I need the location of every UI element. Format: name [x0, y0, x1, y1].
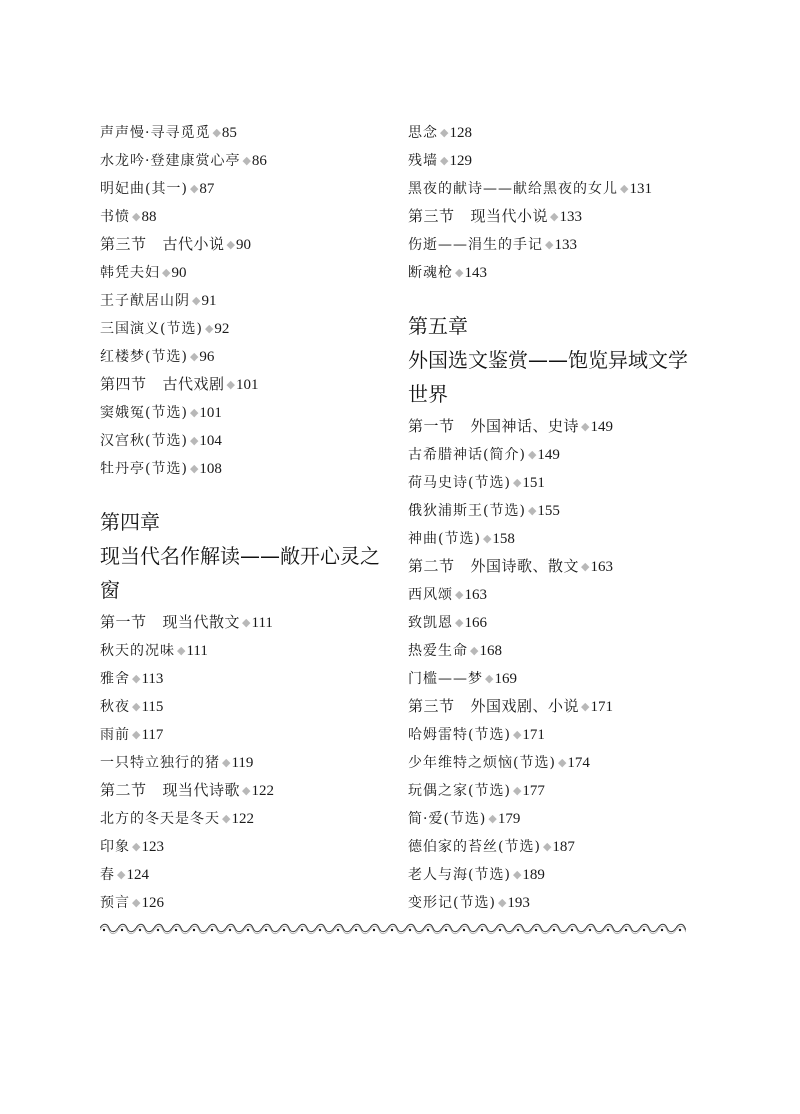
page-number: 108: [199, 461, 222, 477]
section-number: 第二节: [408, 559, 455, 575]
entry-title: 外国诗歌、散文: [471, 559, 580, 575]
page-number: 90: [171, 265, 186, 281]
page-number: 104: [199, 433, 222, 449]
toc-entry: 窦娥冤(节选)◆101: [100, 399, 390, 427]
chapter-label: 第四章: [100, 505, 390, 539]
entry-title: 荷马史诗(节选): [408, 475, 511, 491]
diamond-separator-icon: ◆: [550, 211, 558, 223]
toc-entry: 黑夜的献诗——献给黑夜的女儿◆131: [408, 175, 708, 203]
page-number: 187: [552, 839, 575, 855]
page-number: 169: [494, 671, 517, 687]
toc-right-column: 思念◆128残墙◆129黑夜的献诗——献给黑夜的女儿◆131第三节现当代小说◆1…: [408, 119, 708, 917]
entry-title: 德伯家的苔丝(节选): [408, 839, 541, 855]
entry-title: 外国戏剧、小说: [471, 699, 580, 715]
diamond-separator-icon: ◆: [558, 756, 566, 769]
toc-entry: 一只特立独行的猪◆119: [100, 749, 390, 777]
entry-title: 一只特立独行的猪: [100, 755, 220, 771]
chapter-title: 外国选文鉴赏——饱览异域文学世界: [408, 343, 698, 411]
page-number: 171: [591, 699, 614, 715]
page-number: 129: [449, 153, 472, 169]
toc-entry: 少年维特之烦恼(节选)◆174: [408, 749, 708, 777]
entry-title: 水龙吟·登建康赏心亭: [100, 153, 240, 169]
diamond-separator-icon: ◆: [177, 644, 185, 657]
toc-entry: 伤逝——涓生的手记◆133: [408, 231, 708, 259]
entry-title: 雨前: [100, 727, 130, 743]
section-number: 第一节: [100, 615, 147, 631]
chapter-title: 现当代名作解读——敞开心灵之窗: [100, 539, 390, 607]
toc-entry: 北方的冬天是冬天◆122: [100, 805, 390, 833]
page-number: 133: [560, 209, 583, 225]
toc-entry: 预言◆126: [100, 889, 390, 917]
entry-title: 三国演义(节选): [100, 321, 203, 337]
chapter-label: 第五章: [408, 309, 708, 343]
toc-group-before-chapter-4: 声声慢·寻寻觅觅◆85水龙吟·登建康赏心亭◆86明妃曲(其一)◆87书愤◆88第…: [100, 119, 390, 483]
toc-section-entry: 第四节古代戏剧◆101: [100, 371, 390, 399]
page-number: 91: [201, 293, 216, 309]
entry-title: 声声慢·寻寻觅觅: [100, 125, 210, 141]
entry-title: 秋天的况味: [100, 643, 175, 659]
diamond-separator-icon: ◆: [132, 700, 140, 713]
toc-section-entry: 第一节外国神话、史诗◆149: [408, 413, 708, 441]
diamond-separator-icon: ◆: [513, 476, 521, 489]
entry-title: 北方的冬天是冬天: [100, 811, 220, 827]
entry-title: 韩凭夫妇: [100, 265, 160, 281]
diamond-separator-icon: ◆: [242, 617, 250, 629]
toc-entry: 门槛——梦◆169: [408, 665, 708, 693]
entry-title: 西风颂: [408, 587, 453, 603]
toc-entry: 雅舍◆113: [100, 665, 390, 693]
entry-title: 红楼梦(节选): [100, 349, 188, 365]
toc-entry: 变形记(节选)◆193: [408, 889, 708, 917]
chapter-5-heading: 第五章 外国选文鉴赏——饱览异域文学世界: [408, 309, 708, 411]
page-number: 113: [141, 671, 163, 687]
page-number: 90: [236, 237, 251, 253]
page-number: 124: [126, 867, 149, 883]
page-number: 163: [591, 559, 614, 575]
page-number: 92: [214, 321, 229, 337]
diamond-separator-icon: ◆: [528, 504, 536, 517]
diamond-separator-icon: ◆: [132, 896, 140, 909]
diamond-separator-icon: ◆: [190, 350, 198, 363]
toc-entry: 书愤◆88: [100, 203, 390, 231]
diamond-separator-icon: ◆: [620, 182, 628, 195]
toc-entry: 简·爱(节选)◆179: [408, 805, 708, 833]
toc-entry: 神曲(节选)◆158: [408, 525, 708, 553]
diamond-separator-icon: ◆: [470, 644, 478, 657]
diamond-separator-icon: ◆: [227, 239, 235, 251]
diamond-separator-icon: ◆: [222, 756, 230, 769]
diamond-separator-icon: ◆: [162, 266, 170, 279]
entry-title: 春: [100, 867, 115, 883]
entry-title: 古代小说: [163, 237, 225, 253]
toc-entry: 红楼梦(节选)◆96: [100, 343, 390, 371]
toc-left-column: 声声慢·寻寻觅觅◆85水龙吟·登建康赏心亭◆86明妃曲(其一)◆87书愤◆88第…: [100, 119, 390, 917]
page-number: 101: [199, 405, 222, 421]
section-number: 第一节: [408, 419, 455, 435]
diamond-separator-icon: ◆: [227, 379, 235, 391]
page-number: 177: [522, 783, 545, 799]
diamond-separator-icon: ◆: [455, 588, 463, 601]
entry-title: 神曲(节选): [408, 531, 481, 547]
entry-title: 思念: [408, 125, 438, 141]
page-number: 151: [522, 475, 545, 491]
entry-title: 外国神话、史诗: [471, 419, 580, 435]
section-number: 第三节: [408, 699, 455, 715]
section-number: 第三节: [408, 209, 455, 225]
page-number: 86: [252, 153, 267, 169]
diamond-separator-icon: ◆: [242, 785, 250, 797]
page-number: 88: [141, 209, 156, 225]
entry-title: 门槛——梦: [408, 671, 483, 687]
toc-entry: 牡丹亭(节选)◆108: [100, 455, 390, 483]
toc-group-before-chapter-5: 思念◆128残墙◆129黑夜的献诗——献给黑夜的女儿◆131第三节现当代小说◆1…: [408, 119, 708, 287]
entry-title: 雅舍: [100, 671, 130, 687]
toc-section-entry: 第三节外国戏剧、小说◆171: [408, 693, 708, 721]
page-number: 96: [199, 349, 214, 365]
toc-entry: 水龙吟·登建康赏心亭◆86: [100, 147, 390, 175]
toc-entry: 春◆124: [100, 861, 390, 889]
toc-entry: 声声慢·寻寻觅觅◆85: [100, 119, 390, 147]
diamond-separator-icon: ◆: [485, 672, 493, 685]
entry-title: 牡丹亭(节选): [100, 461, 188, 477]
diamond-separator-icon: ◆: [190, 182, 198, 195]
toc-section-entry: 第三节现当代小说◆133: [408, 203, 708, 231]
page-number: 155: [537, 503, 560, 519]
diamond-separator-icon: ◆: [483, 532, 491, 545]
entry-title: 印象: [100, 839, 130, 855]
page-number: 87: [199, 181, 214, 197]
page-number: 149: [591, 419, 614, 435]
toc-entry: 汉宫秋(节选)◆104: [100, 427, 390, 455]
decorative-wave-rule: [100, 921, 686, 935]
toc-entry: 西风颂◆163: [408, 581, 708, 609]
diamond-separator-icon: ◆: [545, 238, 553, 251]
diamond-separator-icon: ◆: [242, 154, 250, 167]
entry-title: 古希腊神话(简介): [408, 447, 526, 463]
entry-title: 致凯恩: [408, 615, 453, 631]
toc-section-entry: 第二节现当代诗歌◆122: [100, 777, 390, 805]
entry-title: 现当代散文: [163, 615, 241, 631]
page-number: 171: [522, 727, 545, 743]
diamond-separator-icon: ◆: [581, 561, 589, 573]
diamond-separator-icon: ◆: [132, 672, 140, 685]
entry-title: 热爱生命: [408, 643, 468, 659]
diamond-separator-icon: ◆: [192, 294, 200, 307]
toc-entry: 致凯恩◆166: [408, 609, 708, 637]
page-number: 149: [537, 447, 560, 463]
diamond-separator-icon: ◆: [513, 784, 521, 797]
diamond-separator-icon: ◆: [440, 126, 448, 139]
entry-title: 哈姆雷特(节选): [408, 727, 511, 743]
page-number: 131: [629, 181, 652, 197]
toc-entry: 哈姆雷特(节选)◆171: [408, 721, 708, 749]
page-number: 166: [464, 615, 487, 631]
diamond-separator-icon: ◆: [440, 154, 448, 167]
section-number: 第四节: [100, 377, 147, 393]
diamond-separator-icon: ◆: [513, 868, 521, 881]
diamond-separator-icon: ◆: [132, 210, 140, 223]
diamond-separator-icon: ◆: [488, 812, 496, 825]
toc-entry: 韩凭夫妇◆90: [100, 259, 390, 287]
toc-entry: 思念◆128: [408, 119, 708, 147]
entry-title: 变形记(节选): [408, 895, 496, 911]
entry-title: 少年维特之烦恼(节选): [408, 755, 556, 771]
entry-title: 简·爱(节选): [408, 811, 486, 827]
page-number: 163: [464, 587, 487, 603]
entry-title: 预言: [100, 895, 130, 911]
toc-section-entry: 第一节现当代散文◆111: [100, 609, 390, 637]
page-number: 122: [231, 811, 254, 827]
diamond-separator-icon: ◆: [581, 701, 589, 713]
entry-title: 老人与海(节选): [408, 867, 511, 883]
toc-entry: 老人与海(节选)◆189: [408, 861, 708, 889]
toc-section-entry: 第三节古代小说◆90: [100, 231, 390, 259]
diamond-separator-icon: ◆: [190, 406, 198, 419]
diamond-separator-icon: ◆: [117, 868, 125, 881]
entry-title: 俄狄浦斯王(节选): [408, 503, 526, 519]
page-number: 179: [498, 811, 521, 827]
toc-entry: 秋天的况味◆111: [100, 637, 390, 665]
page-number: 128: [449, 125, 472, 141]
page-number: 168: [479, 643, 502, 659]
entry-title: 秋夜: [100, 699, 130, 715]
page-number: 143: [464, 265, 487, 281]
toc-entry: 秋夜◆115: [100, 693, 390, 721]
entry-title: 王子猷居山阴: [100, 293, 190, 309]
toc-entry: 王子猷居山阴◆91: [100, 287, 390, 315]
toc-entry: 雨前◆117: [100, 721, 390, 749]
page-number: 101: [236, 377, 259, 393]
page-number: 115: [141, 699, 163, 715]
page-number: 122: [252, 783, 275, 799]
page-number: 123: [141, 839, 164, 855]
entry-title: 断魂枪: [408, 265, 453, 281]
page-number: 117: [141, 727, 163, 743]
page-number: 133: [554, 237, 577, 253]
diamond-separator-icon: ◆: [455, 266, 463, 279]
toc-entry: 古希腊神话(简介)◆149: [408, 441, 708, 469]
diamond-separator-icon: ◆: [498, 896, 506, 909]
section-number: 第二节: [100, 783, 147, 799]
page-number: 111: [186, 643, 207, 659]
toc-entry: 残墙◆129: [408, 147, 708, 175]
toc-entry: 明妃曲(其一)◆87: [100, 175, 390, 203]
entry-title: 窦娥冤(节选): [100, 405, 188, 421]
diamond-separator-icon: ◆: [513, 728, 521, 741]
toc-entry: 断魂枪◆143: [408, 259, 708, 287]
entry-title: 伤逝——涓生的手记: [408, 237, 543, 253]
page-number: 119: [231, 755, 253, 771]
diamond-separator-icon: ◆: [190, 462, 198, 475]
entry-title: 现当代小说: [471, 209, 549, 225]
page-number: 189: [522, 867, 545, 883]
diamond-separator-icon: ◆: [543, 840, 551, 853]
entry-title: 玩偶之家(节选): [408, 783, 511, 799]
diamond-separator-icon: ◆: [132, 840, 140, 853]
diamond-separator-icon: ◆: [212, 126, 220, 139]
entry-title: 残墙: [408, 153, 438, 169]
toc-group-after-chapter-4: 第一节现当代散文◆111秋天的况味◆111雅舍◆113秋夜◆115雨前◆117一…: [100, 609, 390, 917]
page-number: 158: [492, 531, 515, 547]
toc-group-after-chapter-5: 第一节外国神话、史诗◆149古希腊神话(简介)◆149荷马史诗(节选)◆151俄…: [408, 413, 708, 917]
toc-entry: 荷马史诗(节选)◆151: [408, 469, 708, 497]
diamond-separator-icon: ◆: [132, 728, 140, 741]
entry-title: 书愤: [100, 209, 130, 225]
entry-title: 古代戏剧: [163, 377, 225, 393]
toc-entry: 热爱生命◆168: [408, 637, 708, 665]
entry-title: 黑夜的献诗——献给黑夜的女儿: [408, 181, 618, 197]
diamond-separator-icon: ◆: [190, 434, 198, 447]
diamond-separator-icon: ◆: [528, 448, 536, 461]
toc-entry: 印象◆123: [100, 833, 390, 861]
chapter-4-heading: 第四章 现当代名作解读——敞开心灵之窗: [100, 505, 390, 607]
page-number: 111: [252, 615, 273, 631]
toc-entry: 玩偶之家(节选)◆177: [408, 777, 708, 805]
section-number: 第三节: [100, 237, 147, 253]
diamond-separator-icon: ◆: [581, 421, 589, 433]
page-number: 85: [222, 125, 237, 141]
toc-entry: 俄狄浦斯王(节选)◆155: [408, 497, 708, 525]
toc-section-entry: 第二节外国诗歌、散文◆163: [408, 553, 708, 581]
diamond-separator-icon: ◆: [205, 322, 213, 335]
toc-entry: 三国演义(节选)◆92: [100, 315, 390, 343]
entry-title: 汉宫秋(节选): [100, 433, 188, 449]
entry-title: 现当代诗歌: [163, 783, 241, 799]
page-number: 126: [141, 895, 164, 911]
page-number: 174: [567, 755, 590, 771]
toc-entry: 德伯家的苔丝(节选)◆187: [408, 833, 708, 861]
page-number: 193: [507, 895, 530, 911]
diamond-separator-icon: ◆: [455, 616, 463, 629]
diamond-separator-icon: ◆: [222, 812, 230, 825]
entry-title: 明妃曲(其一): [100, 181, 188, 197]
